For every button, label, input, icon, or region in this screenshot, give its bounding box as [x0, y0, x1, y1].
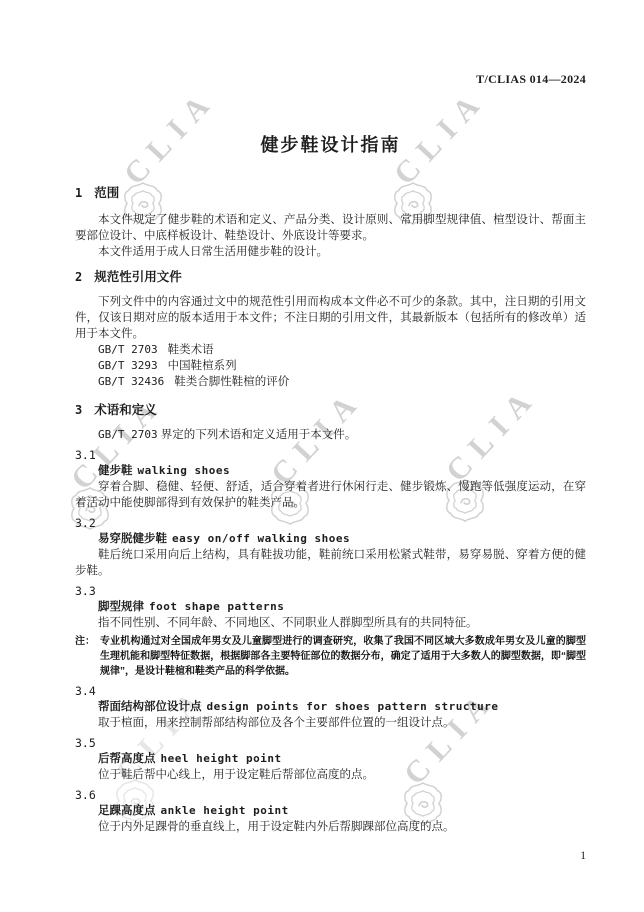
term-name-chinese: 脚型规律 — [98, 601, 144, 613]
reference-item: GB/T 32436鞋类合脚性鞋楦的评价 — [98, 374, 586, 390]
reference-code: GB/T 32436 — [98, 375, 164, 388]
section-heading-normative-references: 2规范性引用文件 — [75, 269, 586, 286]
term-note: 注：专业机构通过对全国成年男女及儿童脚型进行的调查研究，收集了我国不同区域大多数… — [75, 634, 586, 679]
term-name-english: walking shoes — [138, 464, 231, 477]
term-name-chinese: 帮面结构部位设计点 — [98, 701, 202, 713]
term-number: 3.2 — [75, 515, 586, 531]
note-label: 注： — [75, 634, 95, 649]
standard-number: T/CLIAS 014—2024 — [75, 72, 586, 86]
term-name-chinese: 健步鞋 — [98, 465, 133, 477]
reference-title: 鞋类合脚性鞋楦的评价 — [174, 376, 289, 388]
document-page: CLIA CLIA CLIA CLIA CLIA CLIA CLIA T/CLI… — [0, 0, 644, 912]
term-name: 后帮高度点heel height point — [98, 751, 586, 767]
term-entry: 3.5 后帮高度点heel height point 位于鞋后帮中心线上，用于设… — [75, 735, 586, 783]
section-heading-scope: 1范围 — [75, 185, 586, 202]
term-definition: 取于楦面，用来控制帮部结构部位及各个主要部件位置的一组设计点。 — [75, 715, 586, 731]
term-definition: 鞋后统口采用向后上结构，具有鞋拔功能，鞋前统口采用松紧式鞋带，易穿易脱、穿着方便… — [75, 547, 586, 579]
document-content: T/CLIAS 014—2024 健步鞋设计指南 1范围 本文件规定了健步鞋的术… — [0, 0, 644, 912]
term-name: 健步鞋walking shoes — [98, 463, 586, 479]
term-name-english: ankle height point — [161, 804, 289, 817]
paragraph-text: 界定的下列术语和定义适用于本文件。 — [158, 429, 357, 441]
page-number: 1 — [580, 850, 586, 862]
section-number: 3 — [75, 403, 82, 417]
term-name: 易穿脱健步鞋easy on/off walking shoes — [98, 531, 586, 547]
term-number: 3.5 — [75, 735, 586, 751]
section-title: 术语和定义 — [94, 403, 157, 417]
term-name: 帮面结构部位设计点design points for shoes pattern… — [98, 699, 586, 715]
term-definition: 位于内外足踝骨的垂直线上，用于设定鞋内外后帮脚踝部位高度的点。 — [75, 819, 586, 835]
reference-item: GB/T 3293中国鞋楦系列 — [98, 358, 586, 374]
paragraph: GB/T 2703 界定的下列术语和定义适用于本文件。 — [75, 427, 586, 443]
note-text: 专业机构通过对全国成年男女及儿童脚型进行的调查研究，收集了我国不同区域大多数成年… — [100, 636, 586, 677]
section-title: 规范性引用文件 — [94, 270, 182, 284]
term-name-english: easy on/off walking shoes — [172, 532, 350, 545]
term-name-chinese: 后帮高度点 — [98, 753, 156, 765]
reference-item: GB/T 2703鞋类术语 — [98, 342, 586, 358]
term-entry: 3.6 足踝高度点ankle height point 位于内外足踝骨的垂直线上… — [75, 787, 586, 835]
reference-code: GB/T 2703 — [98, 428, 158, 441]
section-number: 2 — [75, 270, 82, 284]
reference-title: 鞋类术语 — [168, 344, 214, 356]
reference-title: 中国鞋楦系列 — [168, 360, 237, 372]
reference-code: GB/T 3293 — [98, 359, 158, 372]
term-definition: 指不同性别、不同年龄、不同地区、不同职业人群脚型所具有的共同特征。 — [75, 615, 586, 631]
paragraph: 本文件适用于成人日常生活用健步鞋的设计。 — [75, 244, 586, 260]
term-name-chinese: 足踝高度点 — [98, 805, 156, 817]
term-number: 3.3 — [75, 583, 586, 599]
term-name-chinese: 易穿脱健步鞋 — [98, 533, 167, 545]
term-entry: 3.4 帮面结构部位设计点design points for shoes pat… — [75, 683, 586, 731]
term-entry: 3.1 健步鞋walking shoes 穿着合脚、稳健、轻便、舒适，适合穿着者… — [75, 447, 586, 511]
term-name-english: heel height point — [161, 752, 282, 765]
section-number: 1 — [75, 186, 82, 200]
term-name-english: foot shape patterns — [149, 600, 284, 613]
term-definition: 穿着合脚、稳健、轻便、舒适，适合穿着者进行休闲行走、健步锻炼、慢跑等低强度运动，… — [75, 479, 586, 511]
paragraph: 本文件规定了健步鞋的术语和定义、产品分类、设计原则、常用脚型规律值、楦型设计、帮… — [75, 212, 586, 244]
term-number: 3.1 — [75, 447, 586, 463]
paragraph: 下列文件中的内容通过文中的规范性引用而构成本文件必不可少的条款。其中，注日期的引… — [75, 294, 586, 342]
term-definition: 位于鞋后帮中心线上，用于设定鞋后帮部位高度的点。 — [75, 767, 586, 783]
page-title: 健步鞋设计指南 — [75, 132, 586, 158]
term-number: 3.6 — [75, 787, 586, 803]
term-name: 足踝高度点ankle height point — [98, 803, 586, 819]
term-entry: 3.2 易穿脱健步鞋easy on/off walking shoes 鞋后统口… — [75, 515, 586, 579]
reference-code: GB/T 2703 — [98, 343, 158, 356]
term-number: 3.4 — [75, 683, 586, 699]
term-entry: 3.3 脚型规律foot shape patterns 指不同性别、不同年龄、不… — [75, 583, 586, 679]
term-name-english: design points for shoes pattern structur… — [207, 700, 499, 713]
section-title: 范围 — [94, 186, 119, 200]
section-heading-terms-definitions: 3术语和定义 — [75, 402, 586, 419]
term-name: 脚型规律foot shape patterns — [98, 599, 586, 615]
